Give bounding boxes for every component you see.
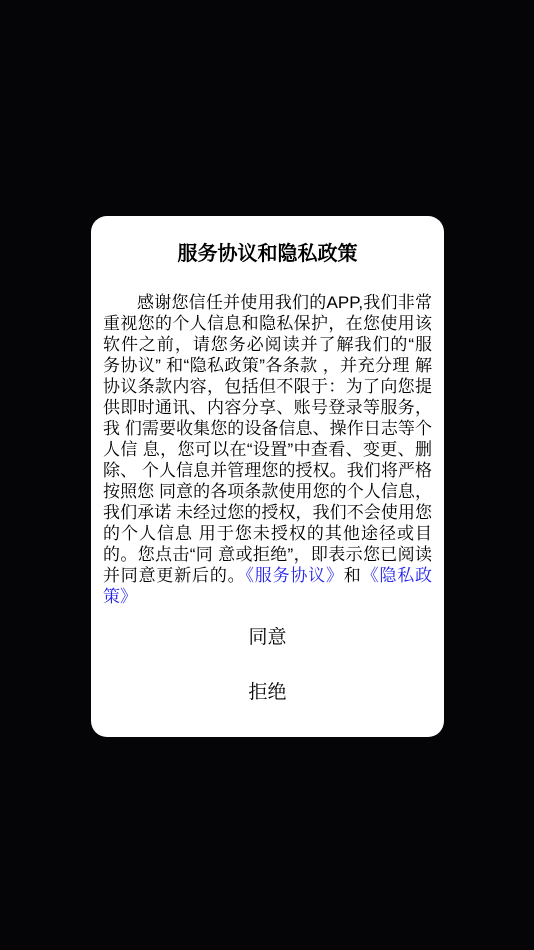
body-text: 感谢您信任并使用我们的APP,我们非常 重视您的个人信息和隐私保护，在您使用该 … [103,293,432,585]
service-agreement-link[interactable]: 《服务协议》 [245,566,343,585]
refuse-button[interactable]: 拒绝 [91,679,444,707]
agree-button[interactable]: 同意 [91,624,444,652]
link-connector: 和 [344,566,362,585]
dialog-body: 感谢您信任并使用我们的APP,我们非常 重视您的个人信息和隐私保护，在您使用该 … [103,292,432,607]
privacy-policy-dialog: 服务协议和隐私政策 感谢您信任并使用我们的APP,我们非常 重视您的个人信息和隐… [91,216,444,737]
app-background: 服务协议和隐私政策 感谢您信任并使用我们的APP,我们非常 重视您的个人信息和隐… [0,0,534,950]
dialog-title: 服务协议和隐私政策 [103,243,432,265]
